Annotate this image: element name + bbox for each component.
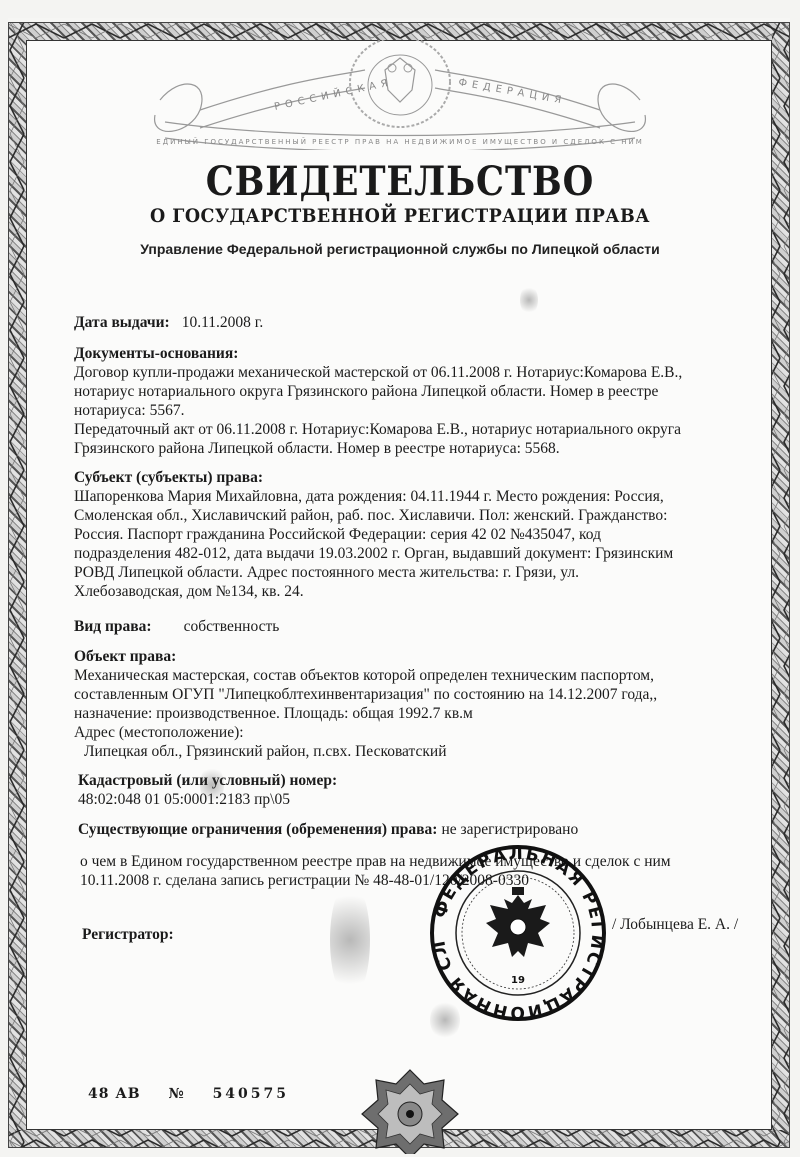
encumbrances-row: Существующие ограничения (обременения) п… bbox=[78, 820, 578, 839]
object-line: Адрес (местоположение): bbox=[74, 723, 764, 742]
subjects-section: Субъект (субъекты) права: Шапоренкова Ма… bbox=[74, 469, 764, 601]
form-serial: 48 АВ № 540575 bbox=[88, 1086, 289, 1102]
basis-documents-line: Передаточный акт от 06.11.2008 г. Нотари… bbox=[74, 420, 754, 439]
right-type-value: собственность bbox=[184, 618, 280, 635]
object-line: Липецкая обл., Грязинский район, п.свх. … bbox=[74, 742, 764, 761]
object-section: Объект права: Механическая мастерская, с… bbox=[74, 648, 764, 761]
registry-record-line: 10.11.2008 г. сделана запись регистрации… bbox=[80, 871, 770, 890]
number-sign: № bbox=[168, 1086, 184, 1102]
basis-documents-line: нотариуса: 5567. bbox=[74, 401, 754, 420]
document-subtitle: О ГОСУДАРСТВЕННОЙ РЕГИСТРАЦИИ ПРАВА bbox=[32, 205, 768, 227]
registrar-signature: / Лобынцева Е. А. / bbox=[612, 915, 738, 934]
subjects-label: Субъект (субъекты) права: bbox=[74, 469, 764, 487]
basis-documents-line: Договор купли-продажи механической масте… bbox=[74, 363, 754, 382]
object-line: составленным ОГУП "Липецкоблтехинвентари… bbox=[74, 685, 764, 704]
basis-documents-label: Документы-основания: bbox=[74, 345, 754, 363]
right-type-label: Вид права: bbox=[74, 618, 152, 635]
issue-date-row: Дата выдачи: 10.11.2008 г. bbox=[74, 313, 263, 332]
cadastral-section: Кадастровый (или условный) номер: 48:02:… bbox=[78, 772, 758, 809]
registry-record-section: о чем в Едином государственном реестре п… bbox=[80, 852, 770, 890]
registry-record-line: о чем в Едином государственном реестре п… bbox=[80, 852, 770, 871]
issue-date-value: 10.11.2008 г. bbox=[182, 314, 264, 331]
seal-number: 19 bbox=[511, 975, 525, 986]
subjects-line: Смоленская обл., Хиславичский район, раб… bbox=[74, 506, 764, 525]
encumbrances-value: не зарегистрировано bbox=[441, 821, 578, 838]
form-number: 540575 bbox=[213, 1086, 289, 1102]
basis-documents-line: Грязинского района Липецкой области. Ном… bbox=[74, 439, 754, 458]
issuing-authority: Управление Федеральной регистрационной с… bbox=[0, 241, 800, 257]
subjects-line: подразделения 482-012, дата выдачи 19.03… bbox=[74, 544, 764, 563]
object-line: Механическая мастерская, состав объектов… bbox=[74, 666, 764, 685]
registrar-label: Регистратор: bbox=[82, 926, 174, 944]
cadastral-value: 48:02:048 01 05:0001:2183 пр\05 bbox=[78, 790, 758, 809]
form-series: 48 АВ bbox=[88, 1086, 141, 1102]
basis-documents-section: Документы-основания: Договор купли-прода… bbox=[74, 345, 754, 458]
document-title: СВИДЕТЕЛЬСТВО bbox=[48, 158, 752, 205]
basis-documents-line: нотариус нотариального округа Грязинског… bbox=[74, 382, 754, 401]
object-label: Объект права: bbox=[74, 648, 764, 666]
right-type-row: Вид права: собственность bbox=[74, 617, 279, 636]
state-emblem-ribbon: РОССИЙСКАЯ ФЕДЕРАЦИЯ ЕДИНЫЙ ГОСУДАРСТВЕН… bbox=[140, 40, 660, 150]
object-line: назначение: производственное. Площадь: о… bbox=[74, 704, 764, 723]
emblem-ribbon-text: ЕДИНЫЙ ГОСУДАРСТВЕННЫЙ РЕЕСТР ПРАВ НА НЕ… bbox=[156, 137, 644, 146]
emblem-banner-left: РОССИЙСКАЯ bbox=[273, 75, 394, 113]
subjects-line: РОВД Липецкой области. Адрес постоянного… bbox=[74, 563, 764, 582]
subjects-line: Россия. Паспорт гражданина Российской Фе… bbox=[74, 525, 764, 544]
official-seal: ФЕДЕРАЛЬНАЯ РЕГИСТРАЦИОННАЯ СЛУЖБА 19 bbox=[428, 843, 608, 1023]
subjects-line: Хлебозаводская, дом №134, кв. 24. bbox=[74, 582, 764, 601]
subjects-line: Шапоренкова Мария Михайловна, дата рожде… bbox=[74, 487, 764, 506]
guilloche-rosette bbox=[330, 1064, 490, 1154]
issue-date-label: Дата выдачи: bbox=[74, 314, 170, 331]
cadastral-label: Кадастровый (или условный) номер: bbox=[78, 772, 758, 790]
encumbrances-label: Существующие ограничения (обременения) п… bbox=[78, 821, 437, 838]
